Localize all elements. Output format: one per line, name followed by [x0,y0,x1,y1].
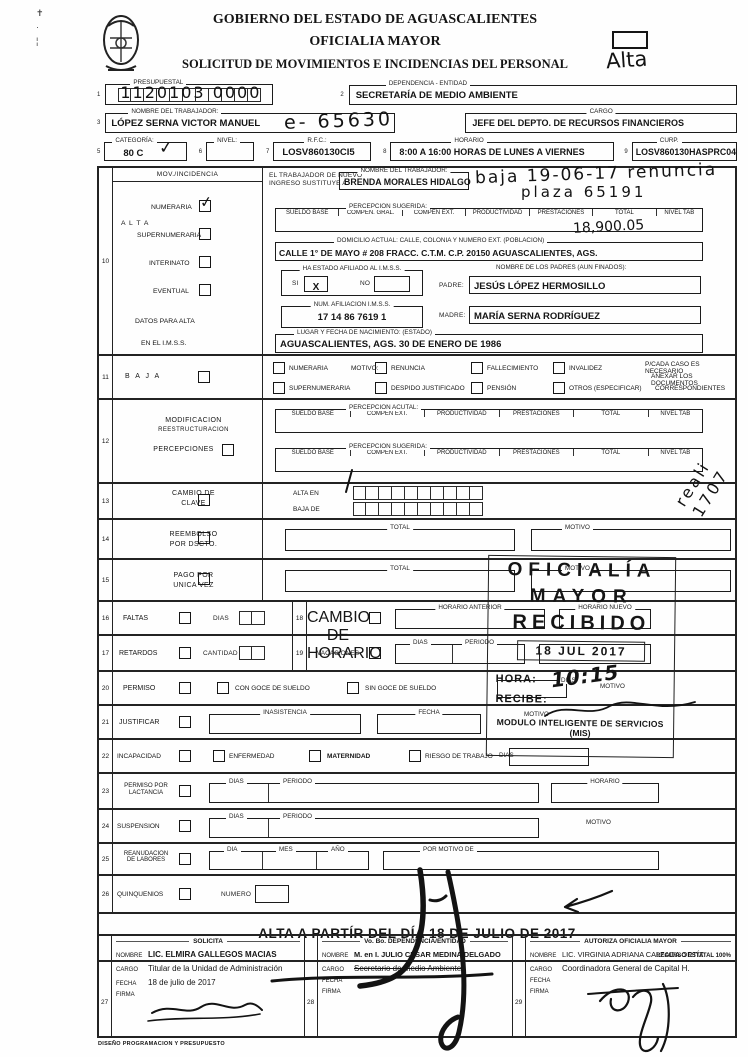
afiliacion-field[interactable]: NUM. AFILIACION I.M.S.S. 17 14 86 7619 1 [281,306,423,328]
nombre-trabajador-field[interactable]: NOMBRE DEL TRABAJADOR: LÓPEZ SERNA VICTO… [105,113,395,133]
nacimiento-field[interactable]: LUGAR Y FECHA DE NACIMIENTO: (ESTADO) AG… [275,334,703,353]
vobo-header: Vo. Bo. DEPENDENCIA/ENTIDAD [364,938,466,945]
percepcion-sugerida-2-label: PERCEPCION SUGERIDA: [346,444,430,450]
alta-en-label: ALTA EN [293,490,319,497]
horario-field[interactable]: HORARIO 8:00 A 16:00 HORAS DE LUNES A VI… [390,142,614,161]
categoria-value: 80 C [105,144,143,159]
field-9-number: 9 [622,149,629,155]
section-21-number: 21 [99,706,113,738]
suspension-dias-label: DIAS [226,814,247,820]
maternidad-checkbox[interactable] [309,750,321,762]
domicilio-field[interactable]: DOMICILIO ACTUAL: CALLE, COLONIA Y NUMER… [275,242,703,261]
section-28-number-cell: 28 [305,936,318,1036]
quinquenios-checkbox[interactable] [179,888,191,900]
curp-field[interactable]: CURP. LOSV860130HASPRC04 [632,142,737,161]
lactancia-horario-label: HORARIO [587,779,622,785]
afiliacion-label: NUM. AFILIACION I.M.S.S. [311,302,394,308]
baja-pension-checkbox[interactable] [471,382,483,394]
autoriza-firma-label: FIRMA [530,989,556,995]
lactancia-checkbox[interactable] [179,785,191,797]
enfermedad-label: ENFERMEDAD [229,753,275,760]
handwritten-hora: 10:15 [550,662,620,691]
baja-invalidez-checkbox[interactable] [553,362,565,374]
field-1-number: 1 [95,92,102,98]
scanned-form-page: GOBIERNO DEL ESTADO DE AGUASCALIENTES OF… [0,0,748,1057]
vobo-nombre-value: M. en I. JULIO CESAR MEDINA DELGADO [354,950,501,959]
oficialia-mayor-received-stamp: OFICIALÍA MAYOR RECIBIDO 18 JUL 2017 HOR… [486,555,676,758]
percepcion-actual-label: PERCEPCION ACUTAL: [346,405,421,411]
col-a-prestaciones: PRESTACIONES [499,410,574,417]
retardos-label: RETARDOS [119,650,157,657]
sustituye-nombre-label: NOMBRE DEL TRABAJADOR: [357,168,450,174]
padres-label: NOMBRE DE LOS PADRES (AUN FINADOS): [493,265,629,271]
section-10-alta: 10 MOV./INCIDENCIA A L T A NUMERARIA ✓ S… [99,168,735,356]
vacaciones-label: VACACIONES [317,650,359,657]
riesgo-checkbox[interactable] [409,750,421,762]
en-el-imss-label: EN EL I.M.S.S. [141,340,186,347]
autoriza-fecha-label: FECHA [530,978,556,984]
pago-label-1: PAGO POR [125,571,262,581]
percepciones-checkbox[interactable] [222,444,234,456]
alta-group-label: A L T A [121,220,149,227]
horario-label: HORARIO [451,138,486,144]
stamp-date: 18 JUL 2017 [517,640,645,662]
stamp-hora-label: HORA: [496,673,537,686]
numeraria-label: NUMERARIA [151,204,192,211]
section-11-number: 11 [99,356,113,398]
suspension-checkbox[interactable] [179,820,191,832]
mov-incidencia-header: MOV./INCIDENCIA [113,168,262,182]
incapacidad-label: INCAPACIDAD [117,753,161,760]
madre-value: MARÍA SERNA RODRÍGUEZ [470,307,700,322]
vobo-fecha-label: FECHA [322,978,348,984]
percepcion-sugerida-table[interactable]: PERCEPCION SUGERIDA: SUELDO BASE COMPEN.… [275,208,703,232]
section-29-number-cell: 29 [513,936,526,1036]
justificar-fecha-label: FECHA [415,710,442,716]
categoria-label: CATEGORÍA: [112,138,156,144]
col-s-prestaciones: PRESTACIONES [499,449,574,456]
quinquenios-label: QUINQUENIOS [117,891,163,898]
baja-despido-label: DESPIDO JUSTIFICADO [391,385,465,392]
padre-box[interactable]: JESÚS LÓPEZ HERMOSILLO [469,276,701,294]
domicilio-value: CALLE 1° DE MAYO # 208 FRACC. C.T.M. C.P… [276,243,702,258]
solicita-fecha-value: 18 de julio de 2017 [148,978,216,987]
suspension-label: SUSPENSION [117,823,160,830]
col-sueldo-base: SUELDO BASE [276,209,338,216]
section-23-lactancia: 23 PERMISO POR LACTANCIA DIAS PERIODO HO… [99,774,735,810]
baja-label: B A J A [125,372,161,382]
dependencia-label: DEPENDENCIA - ENTIDAD [386,81,470,87]
col-s-niveltab: NIVEL TAB [648,449,702,456]
sustituye-nombre-value: BRENDA MORALES HIDALGO [340,173,468,187]
incapacidad-checkbox[interactable] [179,750,191,762]
baja-invalidez-label: INVALIDEZ [569,365,602,372]
section-12-number: 12 [99,400,113,482]
section-13-number: 13 [99,484,113,518]
field-7-number: 7 [264,149,271,155]
quinquenios-numero-field[interactable] [255,885,289,903]
reanudacion-mes-label: MES [276,847,296,853]
reanudacion-fecha-field[interactable]: DIA MES AÑO [209,851,369,870]
lactancia-label-2: LACTANCIA [113,789,179,796]
col-total: TOTAL [592,209,655,216]
solicita-firma-label: FIRMA [116,992,142,998]
solicita-fecha-label: FECHA [116,981,142,987]
reembolso-checkbox[interactable] [198,532,210,544]
vacaciones-checkbox[interactable] [369,647,381,659]
col-a-total: TOTAL [573,410,648,417]
horario-value: 8:00 A 16:00 HORAS DE LUNES A VIERNES [391,143,613,157]
stamp-mayor-text: MAYOR [489,585,675,609]
categoria-field[interactable]: CATEGORÍA: 80 C ✓ [104,142,186,161]
section-13-cambio-clave: 13 CAMBIO DE CLAVE ALTA EN BAJA DE [99,484,735,520]
retardos-cantidad-label: CANTIDAD [203,650,238,657]
si-x-mark: X [313,282,320,293]
section-19-number: 19 [293,636,307,670]
baja-checkbox[interactable] [198,371,210,383]
baja-fallecimiento-label: FALLECIMIENTO [487,365,538,372]
reembolso-label-1: REEMBOLSO [125,530,262,540]
title-line-1: GOBIERNO DEL ESTADO DE AGUASCALIENTES [150,12,600,28]
field-5-number: 5 [95,149,102,155]
vacaciones-dias-label: DIAS [410,640,431,646]
coat-of-arms-logo [96,10,146,76]
baja-pension-label: PENSIÓN [487,385,516,392]
interinato-checkbox[interactable] [199,256,211,268]
presupuestal-field[interactable]: PRESUPUESTAL 1120103 0000 [105,84,273,105]
baja-de-label: BAJA DE [293,506,320,513]
curp-label: CURP. [657,138,682,144]
justificar-inasistencia-field[interactable]: INASISTENCIA [209,714,361,734]
reembolso-motivo-label: MOTIVO [562,525,593,531]
title-line-3: SOLICITUD DE MOVIMIENTOS E INCIDENCIAS D… [150,57,600,72]
col-a-productividad: PRODUCTIVIDAD [424,410,499,417]
pago-total-label: TOTAL [387,566,413,572]
sin-goce-checkbox[interactable] [347,682,359,694]
section-10-content: EL TRABAJADOR DE NUEVO INGRESO SUSTITUYE… [263,168,735,354]
title-line-2: OFICIALIA MAYOR [150,34,600,50]
stamp-recibe-label: RECIBE: [495,693,547,706]
modificacion-label-2: REESTRUCTURACION [125,426,262,434]
supernumeraria-label: SUPERNUMERARIA [137,232,201,239]
handwritten-numeraria-check: ✓ [199,194,214,211]
col-s-productividad: PRODUCTIVIDAD [424,449,499,456]
justificar-checkbox[interactable] [179,716,191,728]
reembolso-total-field[interactable]: TOTAL [285,529,515,551]
percepciones-label: PERCEPCIONES [153,445,213,455]
handwritten-baja-note-2: plaza 65191 [521,185,646,200]
justificar-fecha-field[interactable]: FECHA [377,714,481,734]
con-goce-checkbox[interactable] [217,682,229,694]
handwritten-categoria-check: ✓ [158,139,174,157]
col-productividad: PRODUCTIVIDAD [465,209,528,216]
rfc-field[interactable]: R.F.C.: LOSV860130CI5 [273,142,371,161]
madre-label: MADRE: [439,312,465,319]
section-26-quinquenios: 26 QUINQUENIOS NUMERO [99,876,735,914]
sustituye-nombre-field[interactable]: NOMBRE DEL TRABAJADOR: BRENDA MORALES HI… [339,172,469,190]
afiliado-imss-field: HA ESTADO AFILIADO AL I.M.S.S. SI X NO [281,270,423,296]
field-2-number: 2 [338,92,345,98]
padre-label: PADRE: [439,282,464,289]
section-25-reanudacion: 25 REANUDACION DE LABORES DIA MES AÑO PO… [99,844,735,876]
reanudacion-motivo-field[interactable]: POR MOTIVO DE [383,851,659,870]
field-8-number: 8 [381,149,388,155]
solicita-nombre-value: LIC. ELMIRA GALLEGOS MACIAS [148,950,277,959]
vobo-nombre-label: NOMBRE [322,953,348,959]
handwritten-alta: Alta [605,49,648,73]
baja-de-cells[interactable] [353,502,483,516]
percepcion-sugerida-headers: SUELDO BASE COMPEN. GRAL. COMPEN EXT. PR… [276,209,702,216]
baja-renuncia-checkbox[interactable] [375,362,387,374]
section-22-number: 22 [99,740,113,772]
signature-table: 27 SOLICITA NOMBRELIC. ELMIRA GALLEGOS M… [97,934,737,1038]
curp-value: LOSV860130HASPRC04 [633,143,736,157]
retardos-cantidad-cells[interactable] [239,646,265,660]
section-12-modificacion: 12 MODIFICACION REESTRUCTURACION PERCEPC… [99,400,735,484]
vobo-cargo-label: CARGO [322,967,348,973]
stamp-oficialia-text: OFICIALÍA [489,559,675,583]
autoriza-cargo-label: CARGO [530,967,556,973]
nivel-label: NIVEL: [214,138,240,144]
dependencia-value: SECRETARÍA DE MEDIO AMBIENTE [350,86,736,101]
lactancia-dias-periodo-field[interactable]: DIAS PERIODO [209,783,539,803]
solicita-header: SOLICITA [193,938,223,945]
vobo-cargo-value: Secretario de Medio Ambiente [354,964,461,973]
footer-text: DISEÑO PROGRAMACION Y PRESUPUESTO [98,1041,225,1047]
field-3-number: 3 [95,120,102,126]
baja-supernumeraria-checkbox[interactable] [273,382,285,394]
percepcion-actual-table[interactable]: PERCEPCION ACUTAL: SUELDO BASE COMPEN EX… [275,409,703,433]
lactancia-horario-field[interactable]: HORARIO [551,783,659,803]
solicita-cargo-value: Titular de la Unidad de Administración [148,964,282,973]
section-23-number: 23 [99,774,113,808]
cargo-label: CARGO [587,109,616,115]
permiso-checkbox[interactable] [179,682,191,694]
cambio-clave-label-1: CAMBIO DE [125,489,262,499]
baja-fallecimiento-checkbox[interactable] [471,362,483,374]
form-title-block: GOBIERNO DEL ESTADO DE AGUASCALIENTES OF… [150,12,600,72]
col-s-sueldo: SUELDO BASE [276,449,350,456]
lactancia-label-1: PERMISO POR [113,782,179,789]
col-prestaciones: PRESTACIONES [529,209,592,216]
percepcion-sugerida-2-table[interactable]: PERCEPCION SUGERIDA: SUELDO BASE COMPEN … [275,448,703,472]
no-label: NO [360,280,370,287]
baja-numeraria-checkbox[interactable] [273,362,285,374]
section-15-number: 15 [99,560,113,600]
solicita-column: 27 SOLICITA NOMBRELIC. ELMIRA GALLEGOS M… [99,936,304,1036]
section-24-number: 24 [99,810,113,842]
baja-otros-label: OTROS (ESPECIFICAR) [569,385,642,392]
col-nivel-tab: NIVEL TAB [656,209,702,216]
section-10-number: 10 [99,168,113,354]
baja-despido-checkbox[interactable] [375,382,387,394]
baja-renuncia-label: RENUNCIA [391,365,425,372]
eventual-label: EVENTUAL [153,288,189,295]
nivel-field[interactable]: NIVEL: [206,142,254,161]
lactancia-periodo-label: PERIODO [280,779,315,785]
si-box[interactable]: X [304,276,328,292]
stamp-recibido-text: RECIBIDO [488,611,674,636]
margin-marks: ✝·¦ [36,6,44,48]
enfermedad-checkbox[interactable] [213,750,225,762]
section-14-reembolso: 14 REEMBOLSO POR DSCTO. TOTAL MOTIVO [99,520,735,560]
reanudacion-dia-label: DIA [224,847,241,853]
sustituye-label-2: INGRESO SUSTITUYE A: [269,180,349,187]
section-11-baja: 11 B A J A NUMERARIA MOTIVO: RENUNCIA FA… [99,356,735,400]
reanudacion-label-2: DE LABORES [113,857,179,863]
faltas-checkbox[interactable] [179,612,191,624]
section-25-number: 25 [99,844,113,874]
handwritten-presupuestal: 1120103 0000 [120,85,261,101]
autoriza-column: 29 AUTORIZA OFICIALIA MAYOR NOMBRELIC. V… [512,936,735,1036]
baja-supernumeraria-label: SUPERNUMERARIA [289,385,350,392]
nombre-trabajador-label: NOMBRE DEL TRABAJADOR: [128,109,221,115]
retardos-checkbox[interactable] [179,647,191,659]
faltas-label: FALTAS [123,615,148,622]
cambio-clave-label-2: CLAVE [125,499,262,509]
afiliacion-value: 17 14 86 7619 1 [282,307,422,323]
field-6-number: 6 [197,149,204,155]
autoriza-header: AUTORIZA OFICIALIA MAYOR [584,938,677,945]
nacimiento-label: LUGAR Y FECHA DE NACIMIENTO: (ESTADO) [294,330,435,336]
section-14-number: 14 [99,520,113,558]
solicita-cargo-label: CARGO [116,967,142,973]
domicilio-label: DOMICILIO ACTUAL: CALLE, COLONIA Y NUMER… [334,238,547,244]
lactancia-dias-label: DIAS [226,779,247,785]
suspension-motivo-label: MOTIVO [583,820,614,826]
suspension-dias-periodo-field[interactable]: DIAS PERIODO [209,818,539,838]
reembolso-label-2: POR DSCTO. [125,540,262,550]
supernumeraria-checkbox[interactable] [199,228,211,240]
section-16-number: 16 [99,602,113,634]
afiliado-imss-label: HA ESTADO AFILIADO AL I.M.S.S. [300,266,405,272]
padre-value: JESÚS LÓPEZ HERMOSILLO [470,277,700,292]
madre-box[interactable]: MARÍA SERNA RODRÍGUEZ [469,306,701,324]
section-18-number: 18 [293,602,307,634]
si-label: SI [292,280,299,287]
faltas-dias-label: DIAS [213,615,229,622]
vobo-column: 28 Vo. Bo. DEPENDENCIA/ENTIDAD NOMBREM. … [304,936,512,1036]
maternidad-label: MATERNIDAD [327,753,370,760]
section-20-number: 20 [99,672,113,704]
interinato-label: INTERINATO [149,260,190,267]
eventual-checkbox[interactable] [199,284,211,296]
rfc-label: R.F.C.: [304,138,329,144]
padres-field: NOMBRE DE LOS PADRES (AUN FINADOS): PADR… [439,268,703,328]
cambio-horario-checkbox[interactable] [369,612,381,624]
section-10-labels: MOV./INCIDENCIA A L T A NUMERARIA ✓ SUPE… [113,168,263,354]
autoriza-cargo-value: Coordinadora General de Capital H. [562,964,690,973]
rfc-value: LOSV860130CI5 [274,143,370,158]
section-27-number-cell: 27 [99,936,112,1036]
datos-para-alta-label: DATOS PARA ALTA [135,318,195,325]
quinquenios-numero-label: NUMERO [221,891,251,898]
cambio-clave-checkbox[interactable] [198,494,210,506]
reembolso-total-label: TOTAL [387,525,413,531]
cargo-field[interactable]: CARGO JEFE DEL DEPTO. DE RECURSOS FINANC… [465,113,737,133]
dependencia-field[interactable]: DEPENDENCIA - ENTIDAD SECRETARÍA DE MEDI… [349,85,737,105]
baja-otros-checkbox[interactable] [553,382,565,394]
justificar-label: JUSTIFICAR [119,719,159,726]
section-17-number: 17 [99,636,113,670]
baja-numeraria-label: NUMERARIA [289,365,328,372]
vobo-firma-label: FIRMA [322,989,348,995]
col-a-sueldo: SUELDO BASE [276,410,350,417]
solicita-nombre-label: NOMBRE [116,953,142,959]
faltas-dias-cells[interactable] [239,611,265,625]
reanudacion-checkbox[interactable] [179,853,191,865]
pago-total-field[interactable]: TOTAL [285,570,515,592]
reembolso-motivo-field[interactable]: MOTIVO [531,529,731,551]
handwritten-plaza-code: e- 65630 [284,110,394,133]
handwritten-total: 18,900.05 [572,218,644,236]
con-goce-label: CON GOCE DE SUELDO [235,685,310,692]
sin-goce-label: SIN GOCE DE SUELDO [365,685,436,692]
col-s-total: TOTAL [573,449,648,456]
nacimiento-value: AGUASCALIENTES, AGS. 30 DE ENERO DE 1986 [276,335,702,350]
autoriza-nombre-value: LIC. VIRGINIA ADRIANA CALZADA ORTÍZ [562,950,704,959]
reanudacion-motivo-label: POR MOTIVO DE [420,847,477,853]
riesgo-label: RIESGO DE TRABAJO [425,753,493,760]
baja-nota-3: CORRESPONDIENTES [655,385,725,392]
modificacion-label-1: MODIFICACION [125,416,262,426]
suspension-periodo-label: PERIODO [280,814,315,820]
autoriza-nombre-label: NOMBRE [530,953,556,959]
pago-checkbox[interactable] [198,573,210,585]
col-a-niveltab: NIVEL TAB [648,410,702,417]
section-24-suspension: 24 SUSPENSION DIAS PERIODO MOTIVO [99,810,735,844]
cargo-value: JEFE DEL DEPTO. DE RECURSOS FINANCIEROS [466,114,736,128]
section-26-number: 26 [99,876,113,912]
alta-en-cells[interactable] [353,486,483,500]
reanudacion-ano-label: AÑO [328,847,348,853]
justificar-inasistencia-label: INASISTENCIA [260,710,310,716]
permiso-label: PERMISO [123,685,155,692]
numeraria-checkbox[interactable]: ✓ [199,200,211,212]
pago-label-2: UNICA VEZ [125,581,262,591]
percepcion-sugerida-label: PERCEPCION SUGERIDA: [346,204,430,210]
no-box[interactable] [374,276,410,292]
